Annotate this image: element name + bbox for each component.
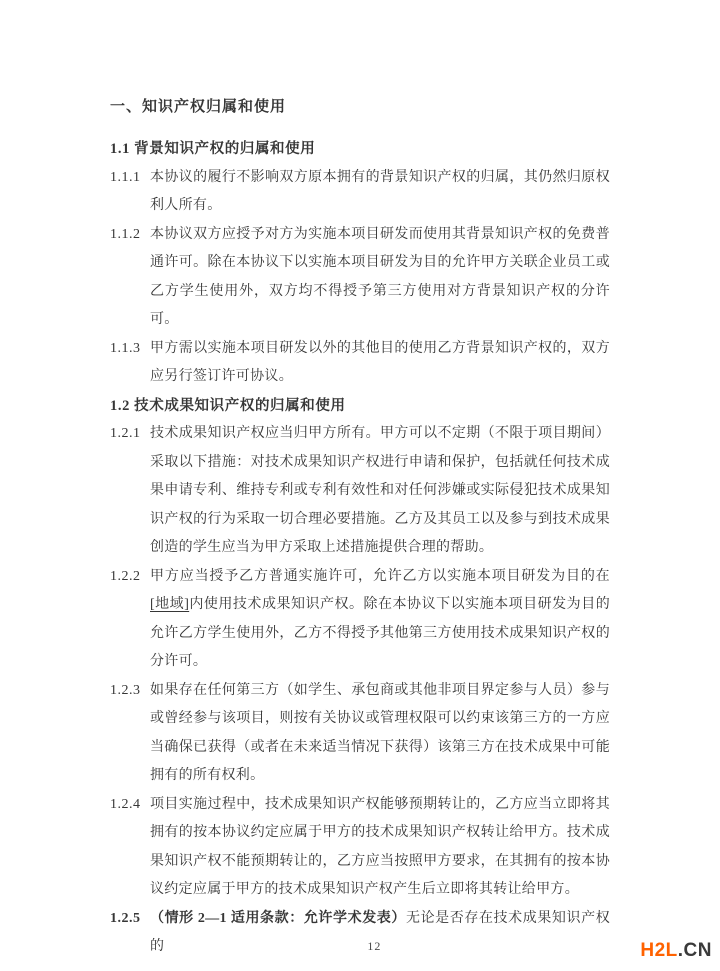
clause-number: 1.1.2 bbox=[110, 221, 141, 250]
clause-text: 项目实施过程中，技术成果知识产权能够预期转让的，乙方应当立即将其拥有的按本协议约… bbox=[150, 797, 610, 898]
clause-text: 本协议双方应授予对方为实施本项目研发而使用其背景知识产权的免费普通许可。除在本协… bbox=[150, 227, 610, 328]
clause-text: 本协议的履行不影响双方原本拥有的背景知识产权的归属，其仍然归原权利人所有。 bbox=[150, 170, 610, 214]
clause-text-after: 内使用技术成果知识产权。除在本协议下以实施本项目研发为目的允许乙方学生使用外，乙… bbox=[150, 597, 610, 669]
clause-1-2-3: 1.2.3如果存在任何第三方（如学生、承包商或其他非项目界定参与人员）参与或曾经… bbox=[110, 677, 610, 791]
clause-1-2-1: 1.2.1技术成果知识产权应当归甲方所有。甲方可以不定期（不限于项目期间）采取以… bbox=[110, 420, 610, 563]
watermark-logo: H2L.CN bbox=[640, 940, 712, 962]
clause-bold-lead: （情形 2—1 适用条款：允许学术发表） bbox=[150, 911, 406, 926]
section-technical-achievements-ip: 1.2 技术成果知识产权的归属和使用 1.2.1技术成果知识产权应当归甲方所有。… bbox=[110, 392, 610, 962]
document-page: 一、知识产权归属和使用 1.1 背景知识产权的归属和使用 1.1.1本协议的履行… bbox=[0, 0, 720, 971]
clause-number: 1.2.5 bbox=[110, 905, 141, 934]
clause-1-1-2: 1.1.2本协议双方应授予对方为实施本项目研发而使用其背景知识产权的免费普通许可… bbox=[110, 221, 610, 335]
clause-1-2-4: 1.2.4项目实施过程中，技术成果知识产权能够预期转让的，乙方应当立即将其拥有的… bbox=[110, 791, 610, 905]
section-background-ip: 1.1 背景知识产权的归属和使用 1.1.1本协议的履行不影响双方原本拥有的背景… bbox=[110, 135, 610, 392]
section-heading-1-2: 1.2 技术成果知识产权的归属和使用 bbox=[110, 392, 610, 421]
document-title: 一、知识产权归属和使用 bbox=[110, 93, 610, 121]
clause-number: 1.2.3 bbox=[110, 677, 141, 706]
watermark-secondary-text: .CN bbox=[678, 940, 712, 961]
clause-text: 如果存在任何第三方（如学生、承包商或其他非项目界定参与人员）参与或曾经参与该项目… bbox=[150, 683, 610, 784]
clause-1-2-2: 1.2.2甲方应当授予乙方普通实施许可，允许乙方以实施本项目研发为目的在[地域]… bbox=[110, 563, 610, 677]
clause-text: 技术成果知识产权应当归甲方所有。甲方可以不定期（不限于项目期间）采取以下措施：对… bbox=[150, 426, 610, 555]
clause-number: 1.2.1 bbox=[110, 420, 141, 449]
page-number: 12 bbox=[367, 939, 381, 954]
watermark-primary-text: H2L bbox=[640, 940, 677, 961]
section-heading-1-1: 1.1 背景知识产权的归属和使用 bbox=[110, 135, 610, 164]
clause-1-2-5: 1.2.5（情形 2—1 适用条款：允许学术发表）无论是否存在技术成果知识产权的 bbox=[110, 905, 610, 962]
clause-1-1-1: 1.1.1本协议的履行不影响双方原本拥有的背景知识产权的归属，其仍然归原权利人所… bbox=[110, 164, 610, 221]
clause-text: 甲方需以实施本项目研发以外的其他目的使用乙方背景知识产权的，双方应另行签订许可协… bbox=[150, 341, 610, 385]
clause-number: 1.1.1 bbox=[110, 164, 141, 193]
clause-text-before: 甲方应当授予乙方普通实施许可，允许乙方以实施本项目研发为目的在 bbox=[150, 569, 610, 584]
territory-placeholder-field: [地域] bbox=[150, 597, 189, 612]
clause-number: 1.2.4 bbox=[110, 791, 141, 820]
clause-1-1-3: 1.1.3甲方需以实施本项目研发以外的其他目的使用乙方背景知识产权的，双方应另行… bbox=[110, 335, 610, 392]
clause-number: 1.2.2 bbox=[110, 563, 141, 592]
clause-number: 1.1.3 bbox=[110, 335, 141, 364]
